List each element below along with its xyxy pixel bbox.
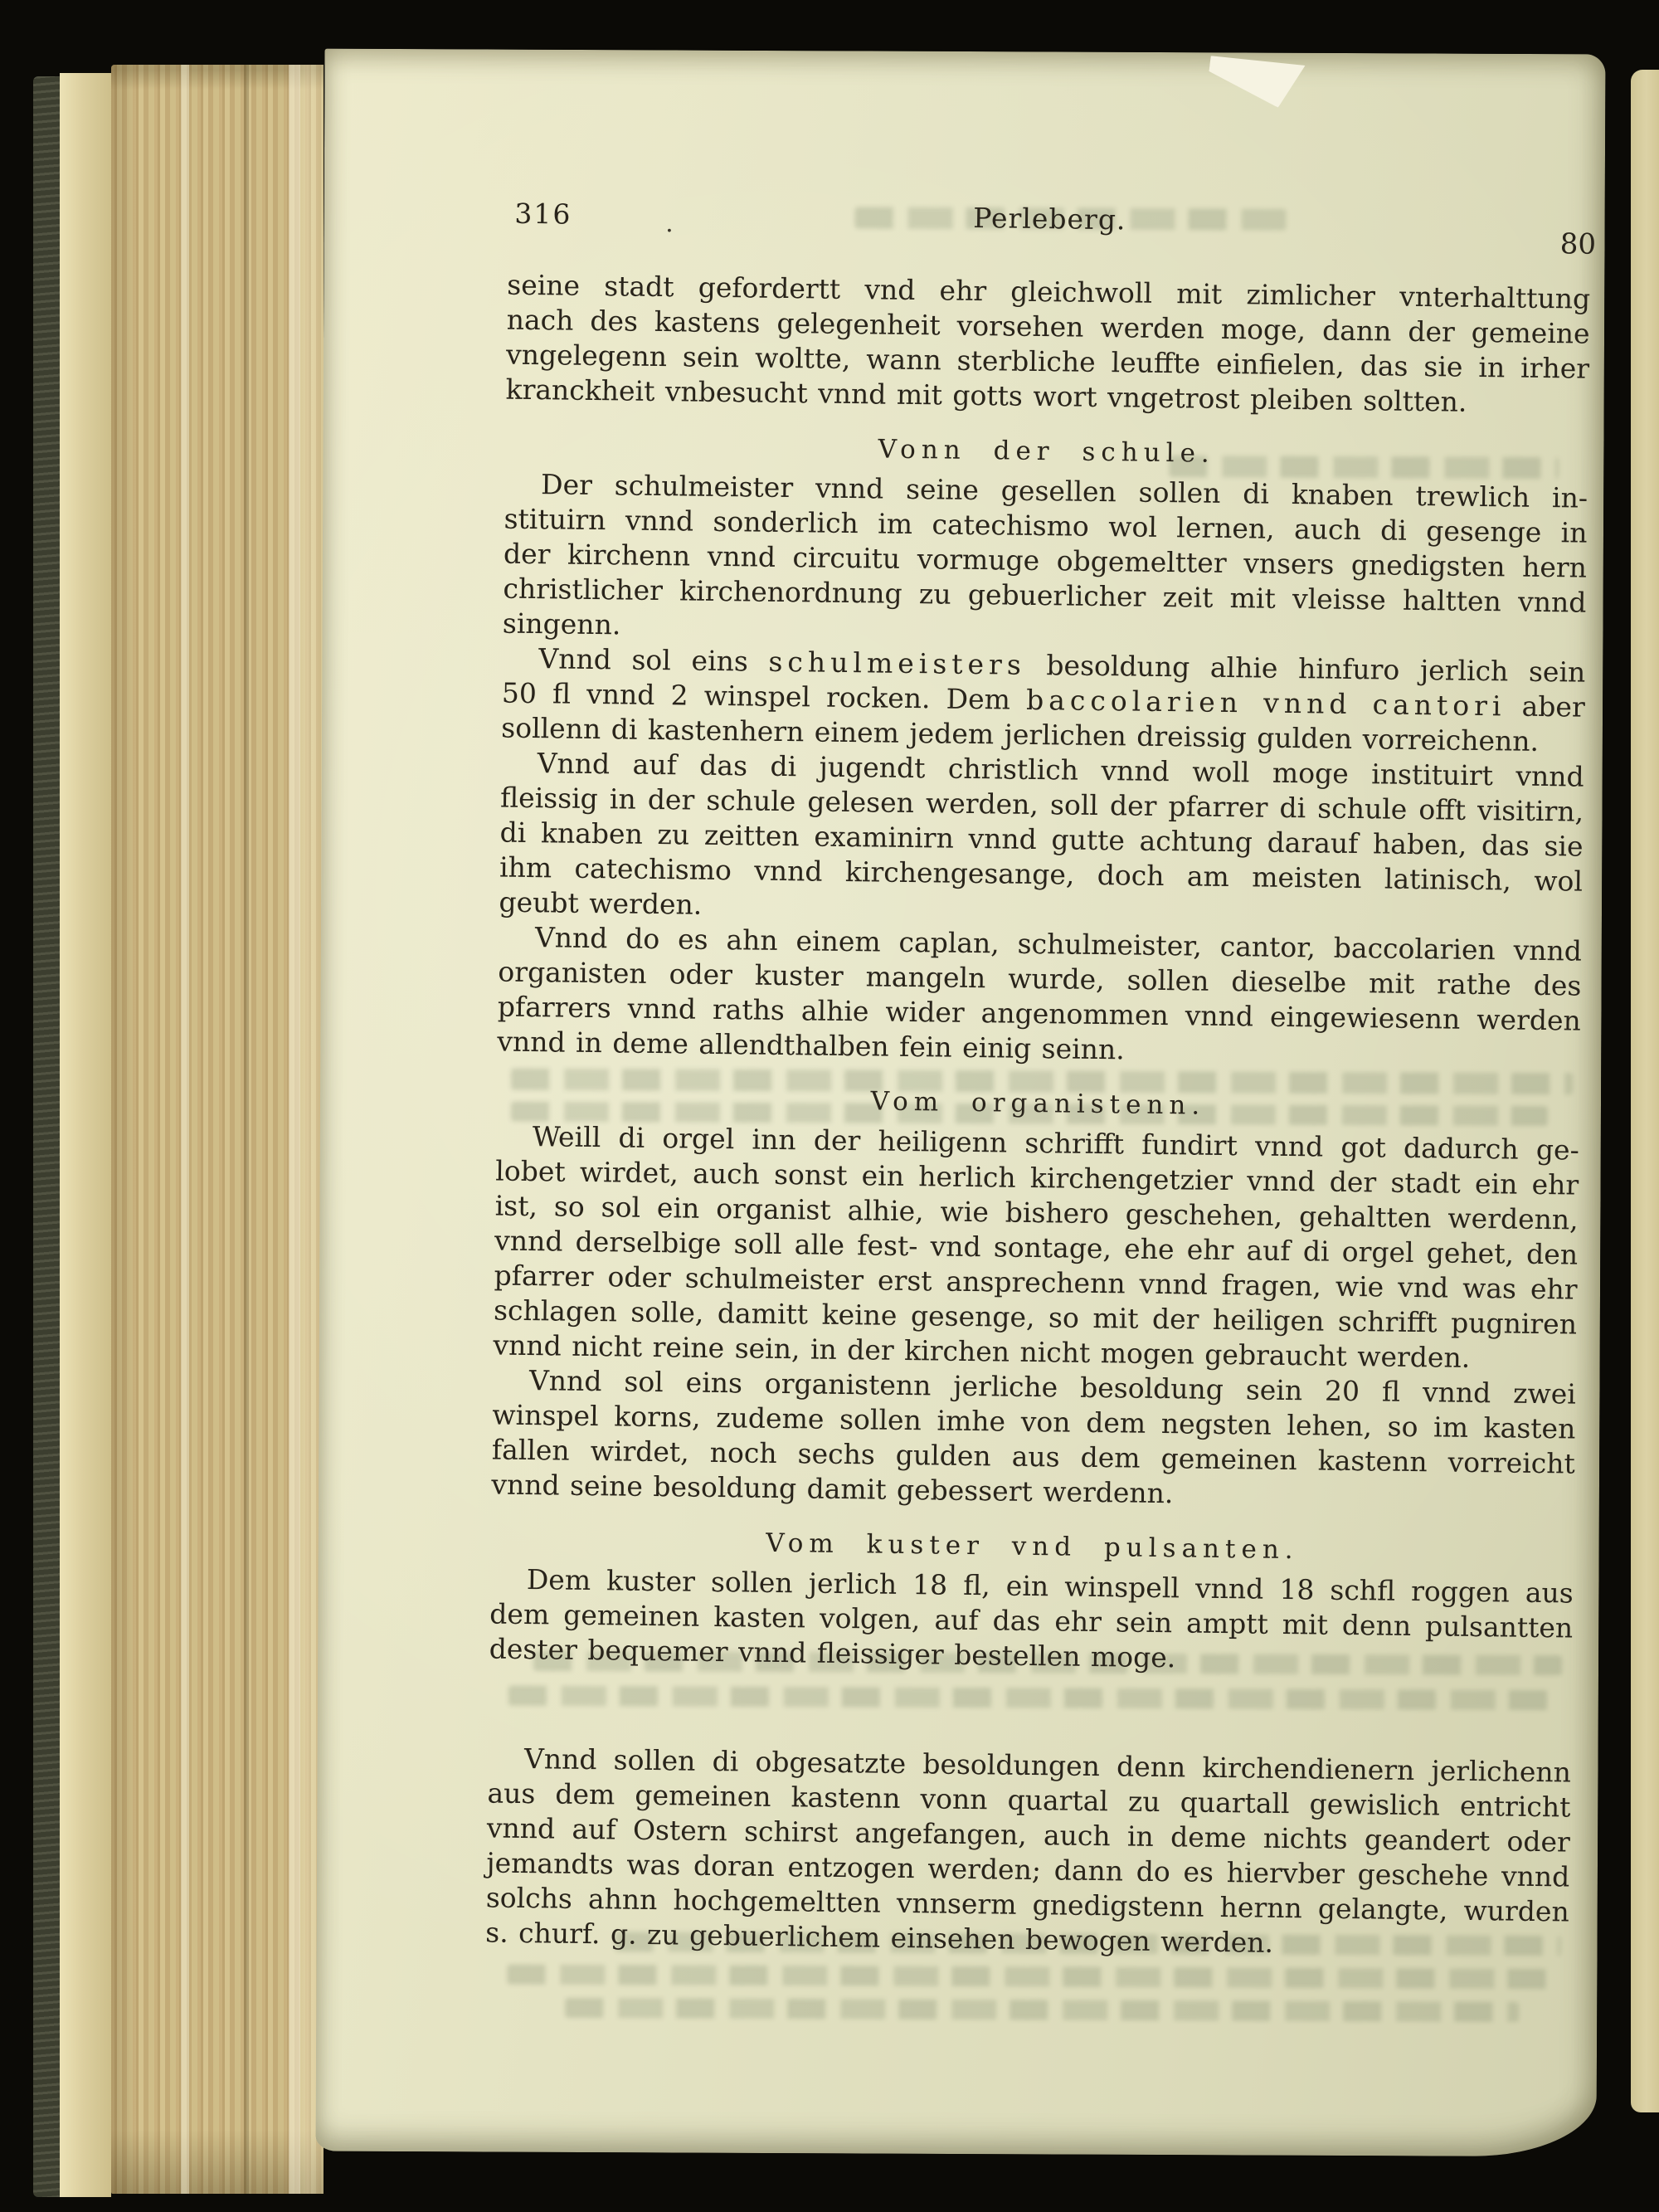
folio-number: 80	[1560, 227, 1597, 261]
text-body: seine stadt gefordertt vnd ehr gleichwol…	[485, 268, 1590, 1965]
page-content: 316 . Perleberg. 80 seine stadt geforder…	[485, 189, 1592, 1965]
binding-edge	[33, 76, 60, 2197]
page-edge-stack	[111, 65, 324, 2194]
paragraph: Vnnd auf das di jugendt christlich vnnd …	[499, 746, 1584, 934]
paragraph: Der schulmeister vnnd seine gesellen sol…	[503, 467, 1588, 655]
page-edge-band	[289, 65, 300, 2194]
adjacent-page-edge	[1631, 70, 1659, 2112]
page-edge-band	[244, 65, 249, 2194]
book-page: 316 . Perleberg. 80 seine stadt geforder…	[315, 49, 1605, 2157]
paragraph: seine stadt gefordertt vnd ehr gleichwol…	[505, 268, 1590, 421]
page-header: 316 . Perleberg. 80	[508, 189, 1592, 261]
book-scan: 316 . Perleberg. 80 seine stadt geforder…	[0, 0, 1659, 2212]
paragraph: Vnnd sol eins schulmeisters besoldung al…	[501, 641, 1586, 760]
page-edge-band	[181, 65, 189, 2194]
paragraph: Vnnd sol eins organistenn jerliche besol…	[491, 1362, 1576, 1516]
paragraph: Vnnd sollen di obgesatzte besoldungen de…	[485, 1741, 1571, 1964]
paragraph: Dem kuster sollen jerlich 18 fl, ein win…	[489, 1562, 1574, 1680]
paragraph: Weill di orgel inn der heiligenn schriff…	[493, 1119, 1579, 1377]
paragraph: Vnnd do es ahn einem caplan, schulmeiste…	[497, 920, 1582, 1074]
page-edge-light	[60, 73, 111, 2197]
paper-corner	[1209, 56, 1305, 108]
bleedthrough-ghost	[507, 1965, 1560, 1990]
bleedthrough-ghost	[565, 1998, 1519, 2022]
